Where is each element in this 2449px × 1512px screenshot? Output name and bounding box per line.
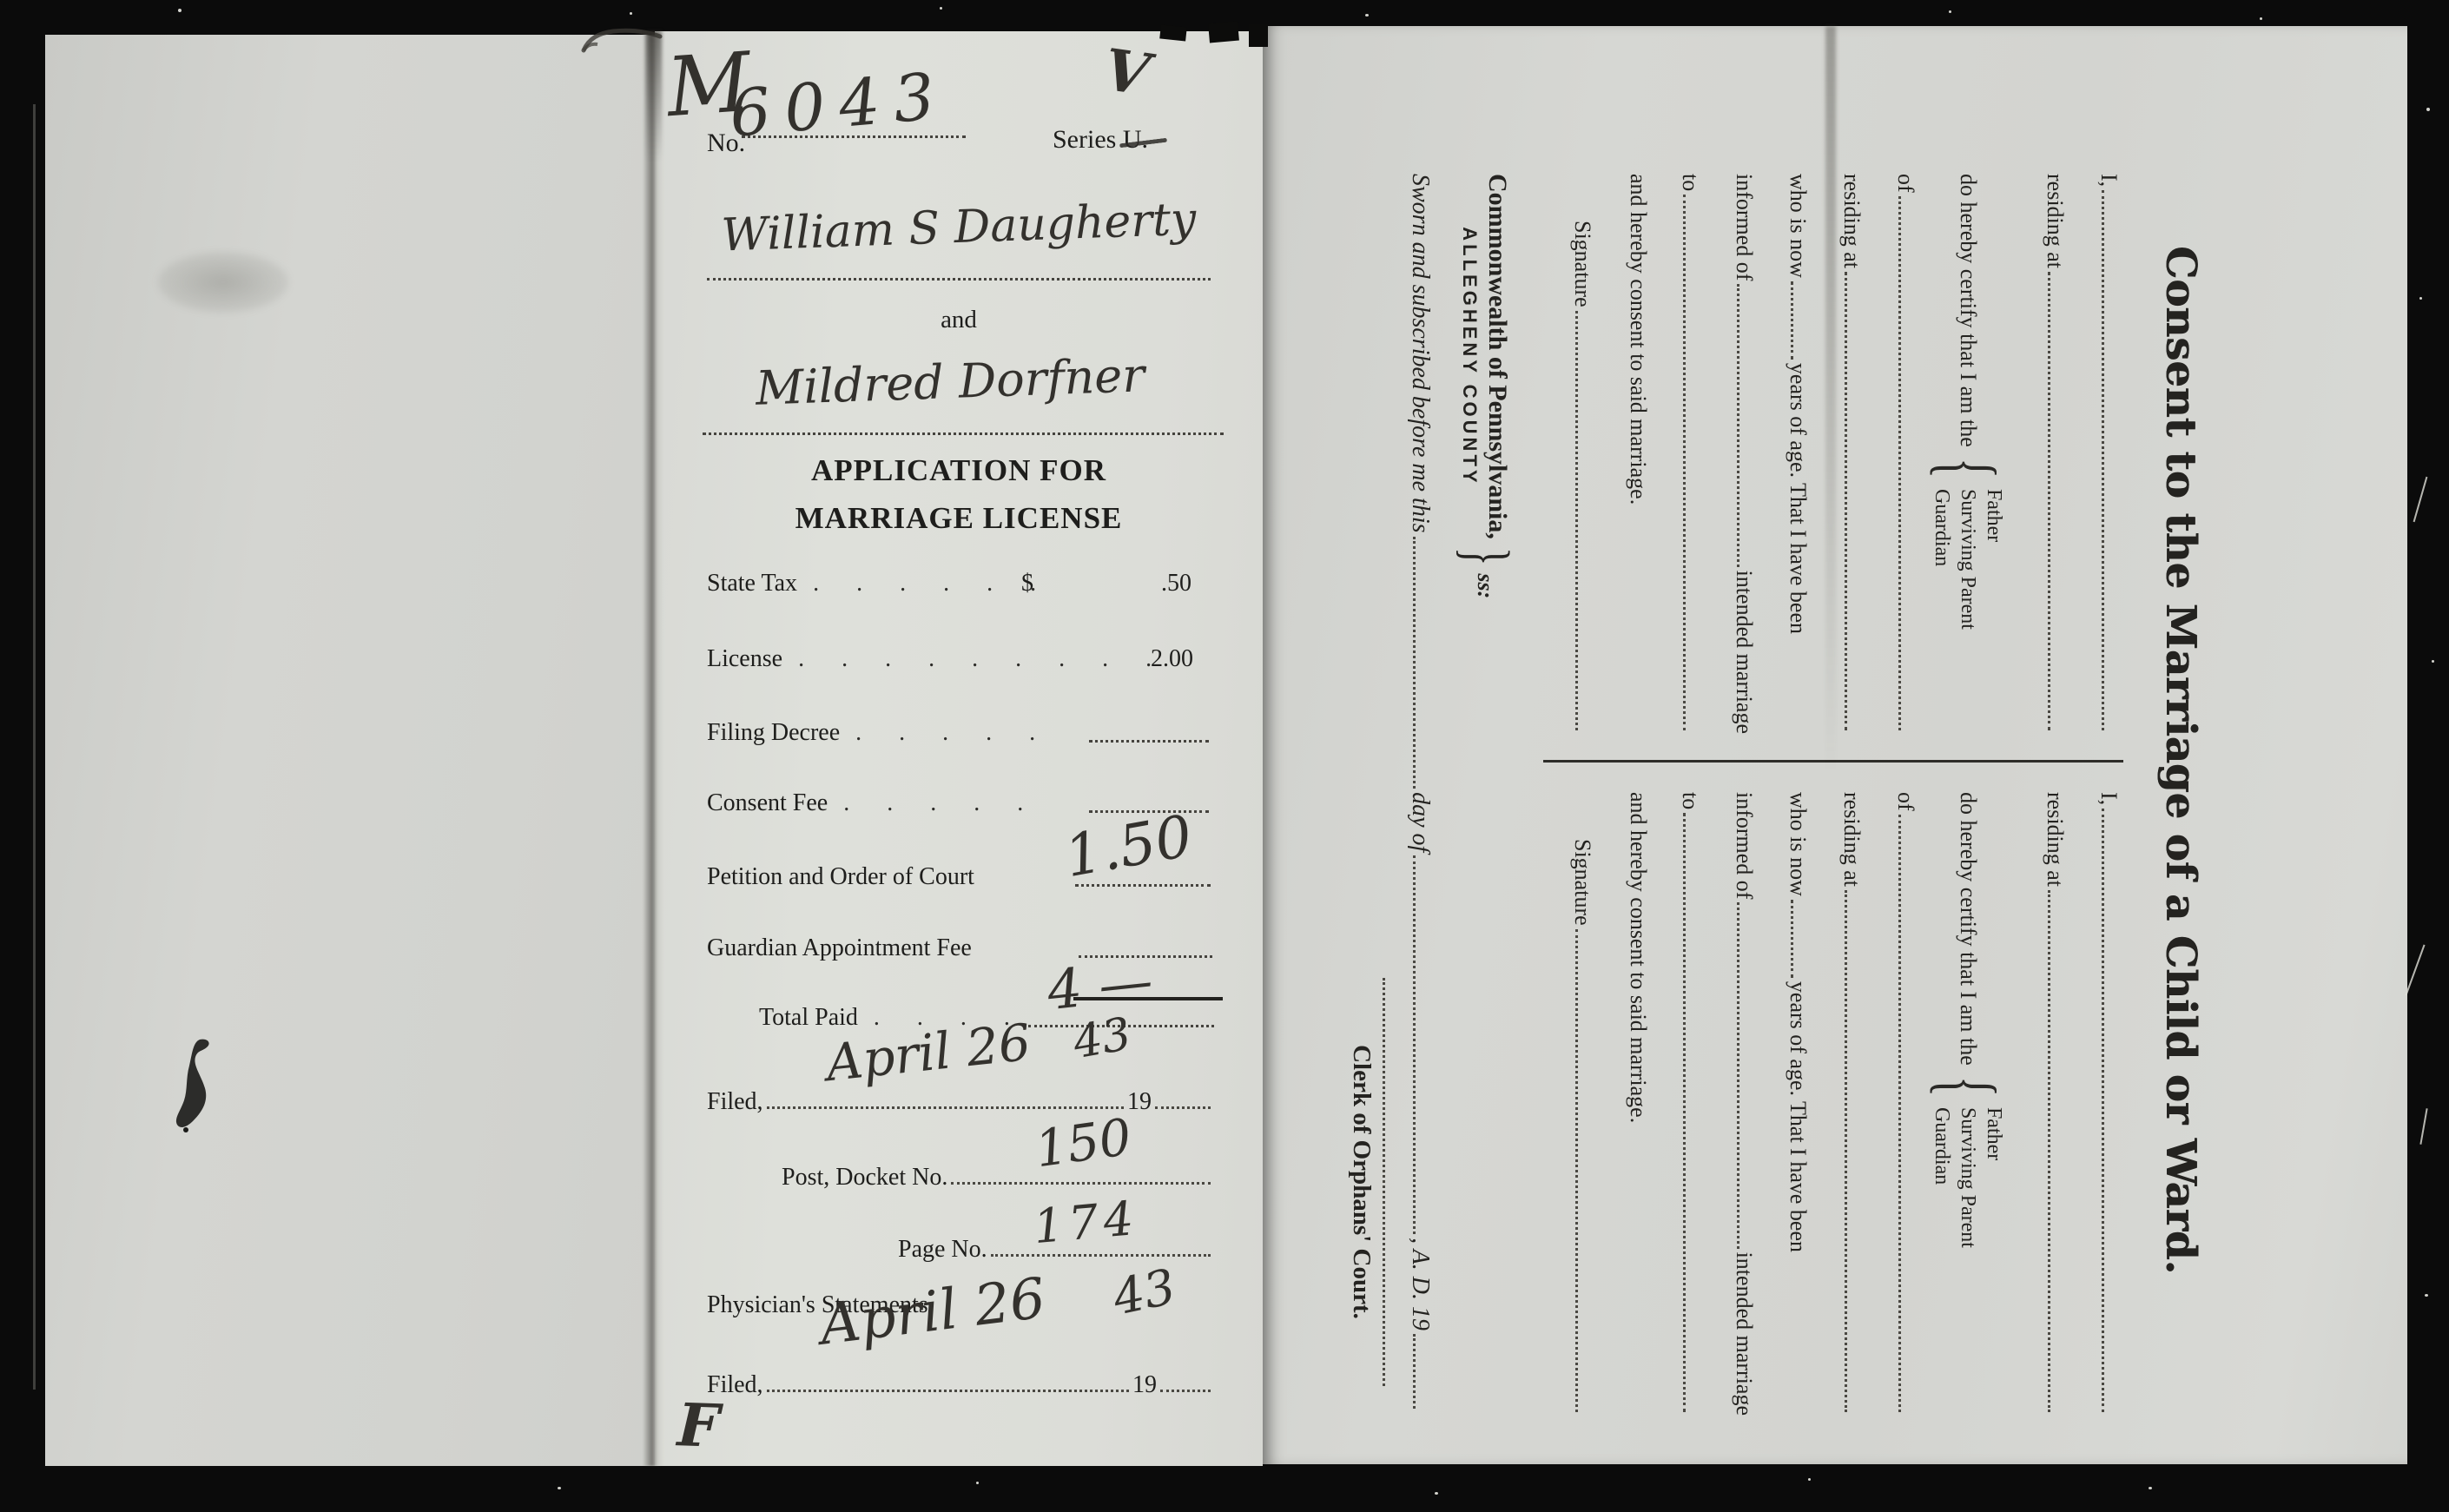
blank-line — [2048, 272, 2069, 730]
consent-title: Consent to the Marriage of a Child or Wa… — [2156, 78, 2217, 1442]
scan-artifact — [1208, 22, 1239, 43]
line-residing-1: residing at — [2016, 792, 2069, 1416]
handwritten-bride-name: Mildred Dorfner — [663, 345, 1238, 419]
line-of: of — [1866, 174, 1920, 734]
fee-blank-line — [1089, 740, 1209, 743]
line-residing-2: residing at — [1812, 174, 1866, 734]
fold-crease — [643, 31, 663, 1466]
consent-section-2: I, residing at do hereby certify that I … — [1543, 760, 2123, 1442]
handwritten-corner-mark-bottom: F — [677, 1390, 721, 1462]
handwritten-filed-year-top: 43 — [1069, 1008, 1135, 1070]
fold-crease — [1825, 26, 1836, 773]
fee-value: .50 — [1161, 570, 1191, 598]
line-informed: informed of intended marriage — [1705, 174, 1759, 734]
left-blank-page — [45, 35, 657, 1466]
line-residing-2: residing at — [1812, 792, 1866, 1416]
clerk-signature-line — [1383, 978, 1394, 1386]
line-consent: and hereby consent to said marriage. — [1597, 792, 1651, 1416]
scratch — [2413, 477, 2428, 522]
blank-line — [1413, 537, 1436, 789]
blank-line — [1413, 1334, 1436, 1409]
fee-row-license: License . . . . . . . . . 2.00 — [707, 645, 1214, 673]
blank-line — [2102, 809, 2123, 1412]
filed-year-line — [1155, 1086, 1211, 1109]
line-informed: informed of intended marriage — [1705, 792, 1759, 1416]
handwritten-series-correction: V — [1100, 36, 1154, 109]
county-label: ALLEGHENY COUNTY — [1459, 174, 1482, 539]
dust-speck — [2432, 660, 2434, 663]
ss-label: ss: — [1473, 573, 1499, 598]
scanned-marriage-record: M No. 6043 Series U. V William S Daugher… — [0, 0, 2449, 1512]
dust-speck — [940, 7, 942, 10]
consent-form: Consent to the Marriage of a Child or Wa… — [1271, 78, 2217, 1442]
signature-line — [1575, 929, 1597, 1412]
line-i: I, — [2069, 174, 2123, 734]
blank-line — [1737, 902, 1759, 1248]
blank-line — [1845, 890, 1866, 1412]
application-title-line2: MARRIAGE LICENSE — [655, 501, 1263, 536]
dust-speck — [558, 1487, 561, 1489]
dust-speck — [1808, 1478, 1811, 1481]
groom-dotted-line — [707, 278, 1211, 281]
scan-artifact — [1159, 24, 1187, 41]
line-signature: Signature — [1543, 839, 1597, 1416]
series-value-struck: U. — [1123, 125, 1148, 155]
dust-speck — [1435, 1492, 1438, 1495]
docket-row: Post, Docket No. — [782, 1161, 1214, 1192]
line-certify: do hereby certify that I am the { Father… — [1920, 174, 2016, 734]
line-of: of — [1866, 792, 1920, 1416]
handwritten-filed-year-bottom: 43 — [1108, 1258, 1180, 1326]
notary-block: Commonwealth of Pennsylvania, ALLEGHENY … — [1347, 78, 1522, 1442]
venue-text: Commonwealth of Pennsylvania, ALLEGHENY … — [1459, 174, 1513, 539]
dust-speck — [2426, 108, 2430, 111]
pencil-smudge — [158, 252, 288, 313]
blank-line — [2102, 190, 2123, 730]
line-age: who is now years of age. That I have bee… — [1759, 792, 1812, 1416]
ink-blot — [167, 1038, 228, 1133]
filed-year-line — [1160, 1369, 1211, 1392]
brace-icon: } — [1449, 547, 1522, 565]
commonwealth-label: Commonwealth of Pennsylvania, — [1483, 174, 1513, 539]
scratch — [2405, 945, 2425, 996]
clerk-signature-block: Clerk of Orphans' Court. — [1347, 978, 1394, 1386]
dust-speck — [1365, 14, 1369, 17]
line-certify: do hereby certify that I am the { Father… — [1920, 792, 2016, 1416]
consent-page: Consent to the Marriage of a Child or Wa… — [1263, 26, 2407, 1464]
dust-speck — [976, 1482, 979, 1484]
paper-edge — [33, 104, 36, 1390]
blank-line — [1791, 281, 1812, 360]
application-page: M No. 6043 Series U. V William S Daugher… — [655, 31, 1263, 1466]
line-to: to — [1651, 792, 1705, 1416]
handwritten-groom-name: William S Daugherty — [680, 192, 1238, 263]
role-options: Father Surviving Parent Guardian — [1929, 1107, 2007, 1248]
scratch — [2419, 1108, 2427, 1145]
brace-icon: { — [1922, 458, 2014, 479]
fee-value: 2.00 — [1151, 645, 1193, 673]
line-to: to — [1651, 174, 1705, 734]
signature-line — [1575, 311, 1597, 730]
dust-speck — [2149, 1487, 2152, 1489]
line-i: I, — [2069, 792, 2123, 1416]
dust-speck — [2260, 17, 2262, 20]
handwritten-page-number: 174 — [1031, 1191, 1140, 1254]
line-residing-1: residing at — [2016, 174, 2069, 734]
conjunction-label: and — [655, 306, 1263, 334]
sworn-line: Sworn and subscribed before me this day … — [1406, 174, 1436, 1412]
role-options: Father Surviving Parent Guardian — [1929, 489, 2007, 630]
bride-dotted-line — [703, 432, 1224, 435]
fold-crease — [646, 31, 662, 162]
blank-line — [1791, 900, 1812, 978]
fee-row-state-tax: State Tax . . . . . . $ .50 — [707, 570, 1214, 598]
application-title-line1: APPLICATION FOR — [655, 453, 1263, 488]
blank-line — [1683, 813, 1705, 1412]
filed-bottom-row: Filed, 19 — [707, 1369, 1214, 1399]
dust-speck — [1949, 10, 1951, 13]
line-signature: Signature — [1543, 221, 1597, 734]
dust-speck — [178, 9, 182, 12]
series-label: Series U. — [1053, 125, 1148, 155]
fee-row-filing-decree: Filing Decree . . . . . — [707, 719, 1214, 747]
filed-top-row: Filed, 19 — [707, 1086, 1214, 1116]
currency-sign: $ — [1021, 570, 1033, 598]
handwritten-filed-date-bottom: April 26 — [765, 1260, 1100, 1364]
filed-date-line — [767, 1369, 1129, 1392]
blank-line — [1683, 195, 1705, 730]
line-consent: and hereby consent to said marriage. — [1597, 174, 1651, 734]
venue: Commonwealth of Pennsylvania, ALLEGHENY … — [1449, 174, 1522, 1412]
clerk-label: Clerk of Orphans' Court. — [1347, 978, 1376, 1386]
blank-line — [1845, 272, 1866, 730]
blank-line — [1898, 196, 1920, 730]
blank-line — [1413, 855, 1436, 1234]
blank-line — [1737, 284, 1759, 566]
dust-speck — [630, 12, 632, 15]
dust-speck — [2419, 297, 2422, 300]
scan-artifact — [1249, 24, 1268, 47]
line-age: who is now years of age. That I have bee… — [1759, 174, 1812, 734]
brace-icon: { — [1922, 1076, 2014, 1097]
blank-line — [1898, 815, 1920, 1412]
dust-speck — [2425, 1294, 2428, 1297]
blank-line — [2048, 890, 2069, 1412]
